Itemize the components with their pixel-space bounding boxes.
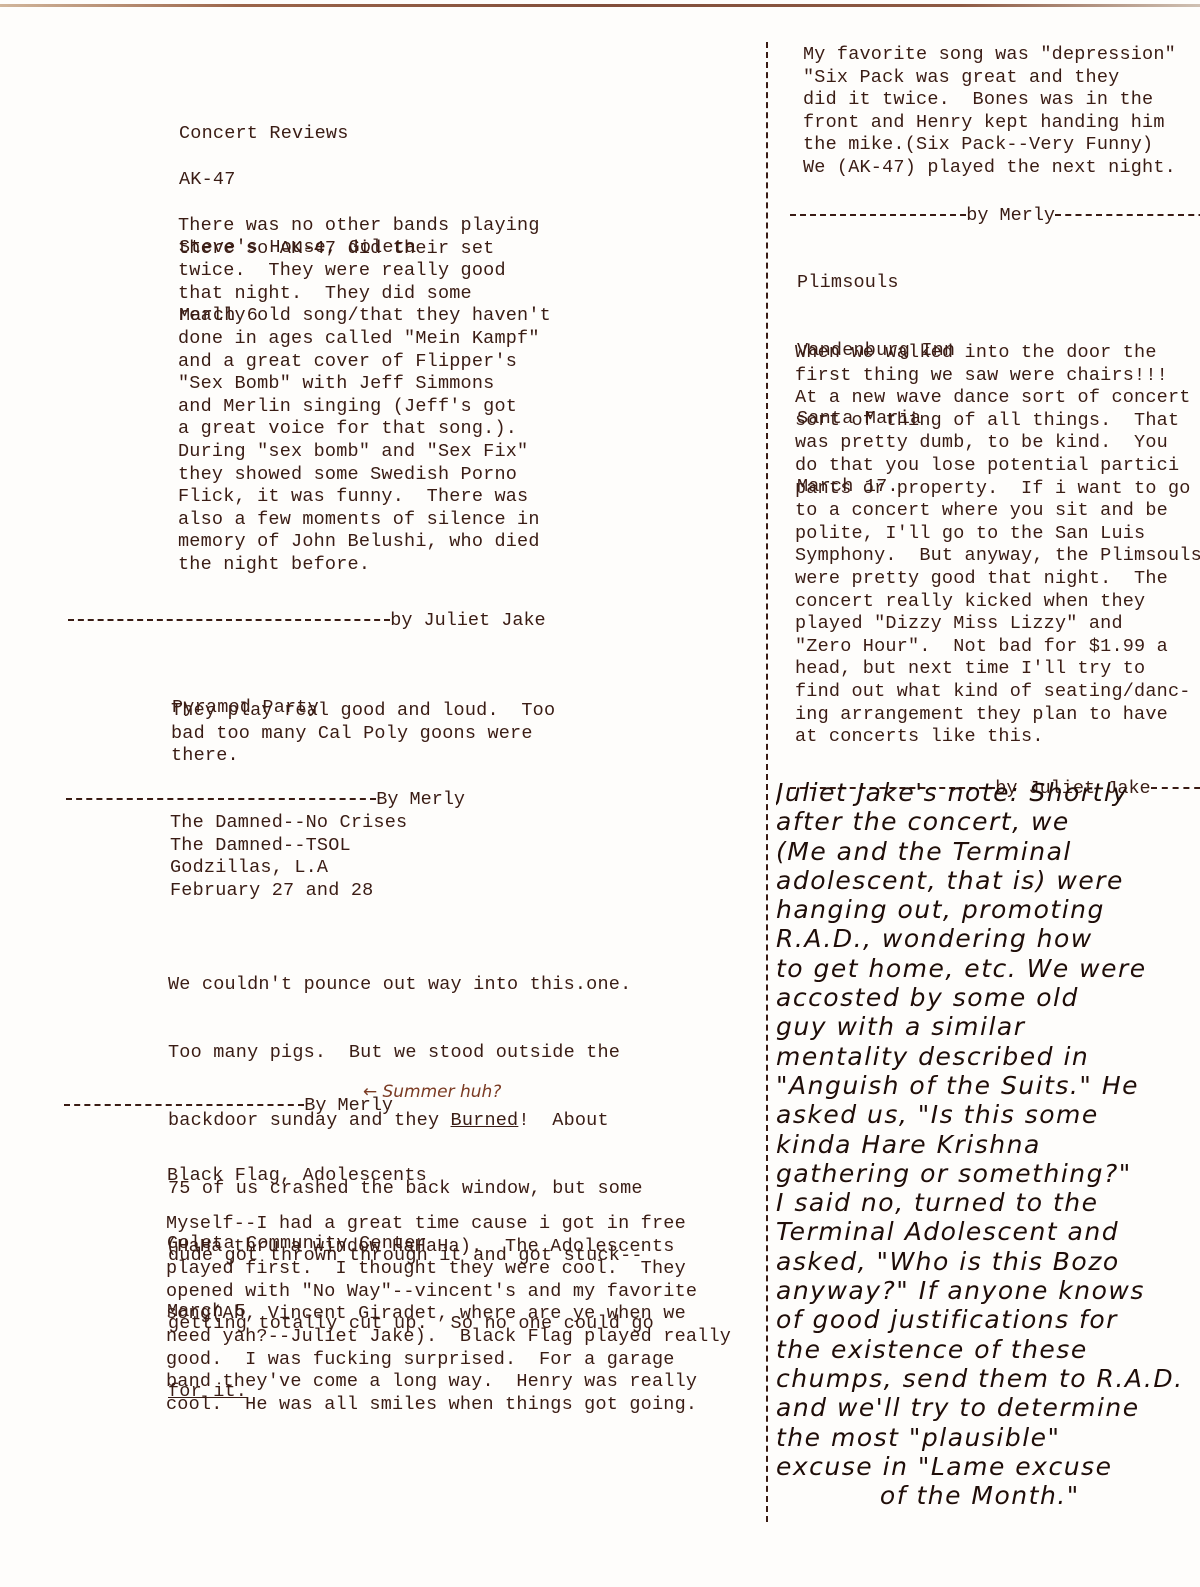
- body-line: the night before.: [178, 554, 551, 577]
- body-line: ing arrangement they plan to have: [795, 704, 1200, 727]
- note-line: excuse in "Lame excuse: [776, 1452, 1200, 1481]
- review-blackflag-continued: My favorite song was "depression""Six Pa…: [803, 44, 1176, 180]
- body-line: and a great cover of Flipper's: [178, 351, 551, 374]
- body-line: twice. They were really good: [178, 260, 551, 283]
- body-line: "Zero Hour". Not bad for $1.99 a: [795, 636, 1200, 659]
- body-line: There was no other bands playing: [178, 215, 551, 238]
- body-line: Flick, it was funny. There was: [178, 486, 551, 509]
- body-line: a great voice for that song.).: [178, 418, 551, 441]
- note-line: "Anguish of the Suits." He: [776, 1071, 1200, 1100]
- review-pyramod-body: They play real good and loud. Toobad too…: [171, 700, 555, 768]
- review-plimsouls-body: When we walked into the door thefirst th…: [795, 342, 1200, 749]
- body-line: find out what kind of seating/danc-: [795, 681, 1200, 704]
- note-line: the existence of these: [776, 1335, 1200, 1364]
- note-line: mentality described in: [776, 1042, 1200, 1071]
- note-line: chumps, send them to R.A.D.: [776, 1364, 1200, 1393]
- body-line: song(Ah, Vincent Giradet, where are ye w…: [166, 1303, 731, 1326]
- body-line: really old song/that they haven't: [178, 305, 551, 328]
- note-line: (Me and the Terminal: [776, 837, 1200, 866]
- note-line: of good justifications for: [776, 1305, 1200, 1334]
- note-line: kinda Hare Krishna: [776, 1130, 1200, 1159]
- body-line: played "Dizzy Miss Lizzy" and: [795, 613, 1200, 636]
- body-line: During "sex bomb" and "Sex Fix": [178, 441, 551, 464]
- handwritten-annotation: ← Summer huh?: [352, 1062, 501, 1102]
- body-line: also a few moments of silence in: [178, 509, 551, 532]
- annotation-text: Summer huh?: [382, 1082, 501, 1102]
- body-line: cool. He was all smiles when things got …: [166, 1394, 731, 1417]
- body-line: good. I was fucking surprised. For a gar…: [166, 1349, 731, 1372]
- note-line: I said no, turned to the: [776, 1188, 1200, 1217]
- arrow-left-icon: ←: [363, 1082, 383, 1102]
- note-line: gathering or something?": [776, 1159, 1200, 1188]
- body-line: do that you lose potential partici: [795, 455, 1200, 478]
- note-line: R.A.D., wondering how: [776, 924, 1200, 953]
- note-line: Terminal Adolescent and: [776, 1217, 1200, 1246]
- review-band: Black Flag, Adolescents: [167, 1165, 427, 1188]
- body-line: first thing we saw were chairs!!!: [795, 365, 1200, 388]
- note-line: and we'll try to determine: [776, 1393, 1200, 1422]
- body-line: They play real good and loud. Too: [171, 700, 555, 723]
- body-line: Symphony. But anyway, the Plimsouls: [795, 545, 1200, 568]
- review-byline: by Merly: [966, 205, 1055, 226]
- body-line: done in ages called "Mein Kampf": [178, 328, 551, 351]
- body-line: memory of John Belushi, who died: [178, 531, 551, 554]
- body-line: My favorite song was "depression": [803, 44, 1176, 67]
- header-line: February 27 and 28: [170, 880, 407, 903]
- review-blackflag-body: Myself--I had a great time cause i got i…: [166, 1213, 731, 1416]
- review-byline: by Juliet Jake: [390, 610, 545, 631]
- body-line: Myself--I had a great time cause i got i…: [166, 1213, 731, 1236]
- note-line: anyway?" If anyone knows: [776, 1276, 1200, 1305]
- body-line: We couldn't pounce out way into this.one…: [168, 974, 654, 997]
- body-line: bad too many Cal Poly goons were: [171, 723, 555, 746]
- body-line: At a new wave dance sort of concert: [795, 387, 1200, 410]
- body-fragment: ! About: [518, 1110, 608, 1131]
- body-line: opened with "No Way"--vincent's and my f…: [166, 1281, 731, 1304]
- header-line: The Damned--No Crises: [170, 812, 407, 835]
- note-line: accosted by some old: [776, 983, 1200, 1012]
- note-line: guy with a similar: [776, 1012, 1200, 1041]
- review-damned-header: The Damned--No CrisesThe Damned--TSOLGod…: [170, 812, 407, 902]
- note-line: after the concert, we: [776, 807, 1200, 836]
- note-line: asked us, "Is this some: [776, 1100, 1200, 1129]
- review-blackflag-byline-rule: by Merly: [768, 183, 1200, 227]
- note-line: asked, "Who is this Bozo: [776, 1247, 1200, 1276]
- body-line: there.: [171, 745, 555, 768]
- body-line: sort of thing of all things. That: [795, 410, 1200, 433]
- body-line: played first. I thought they were cool. …: [166, 1258, 731, 1281]
- body-line: When we walked into the door the: [795, 342, 1200, 365]
- body-line: (HaHa thru a window HaHaHa). The Adolesc…: [166, 1236, 731, 1259]
- body-line: "Six Pack was great and they: [803, 67, 1176, 90]
- underlined-word: Burned: [451, 1110, 519, 1131]
- body-line: band they've come a long way. Henry was …: [166, 1371, 731, 1394]
- page-top-edge: [0, 4, 1200, 7]
- body-line: they showed some Swedish Porno: [178, 464, 551, 487]
- review-pyramod-byline-rule: By Merly: [44, 767, 465, 811]
- header-line: Godzillas, L.A: [170, 857, 407, 880]
- review-byline: By Merly: [376, 789, 465, 810]
- body-line: did it twice. Bones was in the: [803, 89, 1176, 112]
- note-line: hanging out, promoting: [776, 895, 1200, 924]
- body-line: pants or property. If i want to go: [795, 478, 1200, 501]
- body-line: that night. They did some: [178, 283, 551, 306]
- body-line: and Merlin singing (Jeff's got: [178, 396, 551, 419]
- body-line: We (AK-47) played the next night.: [803, 157, 1176, 180]
- note-line: adolescent, that is) were: [776, 866, 1200, 895]
- body-line: was pretty dumb, to be kind. You: [795, 432, 1200, 455]
- review-ak47-byline-rule: by Juliet Jake: [46, 588, 546, 632]
- note-line: the most "plausible": [776, 1423, 1200, 1452]
- body-line: there so AK-47 did their set: [178, 238, 551, 261]
- body-line: need yah?--Juliet Jake). Black Flag play…: [166, 1326, 731, 1349]
- review-band: AK-47: [179, 169, 416, 192]
- body-line: head, but next time I'll try to: [795, 658, 1200, 681]
- handwritten-note: Juliet Jake's note: Shortlyafter the con…: [776, 778, 1200, 1510]
- review-band: Plimsouls: [797, 272, 955, 295]
- note-line: of the Month.": [776, 1481, 1200, 1510]
- note-line: Juliet Jake's note: Shortly: [776, 778, 1200, 807]
- body-line: the mike.(Six Pack--Very Funny): [803, 134, 1176, 157]
- header-line: The Damned--TSOL: [170, 835, 407, 858]
- body-line: to a concert where you sit and be: [795, 500, 1200, 523]
- note-line: to get home, etc. We were: [776, 954, 1200, 983]
- body-line: front and Henry kept handing him: [803, 112, 1176, 135]
- body-line: were pretty good that night. The: [795, 568, 1200, 591]
- review-damned-byline-rule: By Merly: [42, 1073, 393, 1117]
- body-line: concert really kicked when they: [795, 591, 1200, 614]
- body-line: at concerts like this.: [795, 726, 1200, 749]
- body-line: "Sex Bomb" with Jeff Simmons: [178, 373, 551, 396]
- review-ak47-body: There was no other bands playingthere so…: [178, 215, 551, 577]
- body-line: polite, I'll go to the San Luis: [795, 523, 1200, 546]
